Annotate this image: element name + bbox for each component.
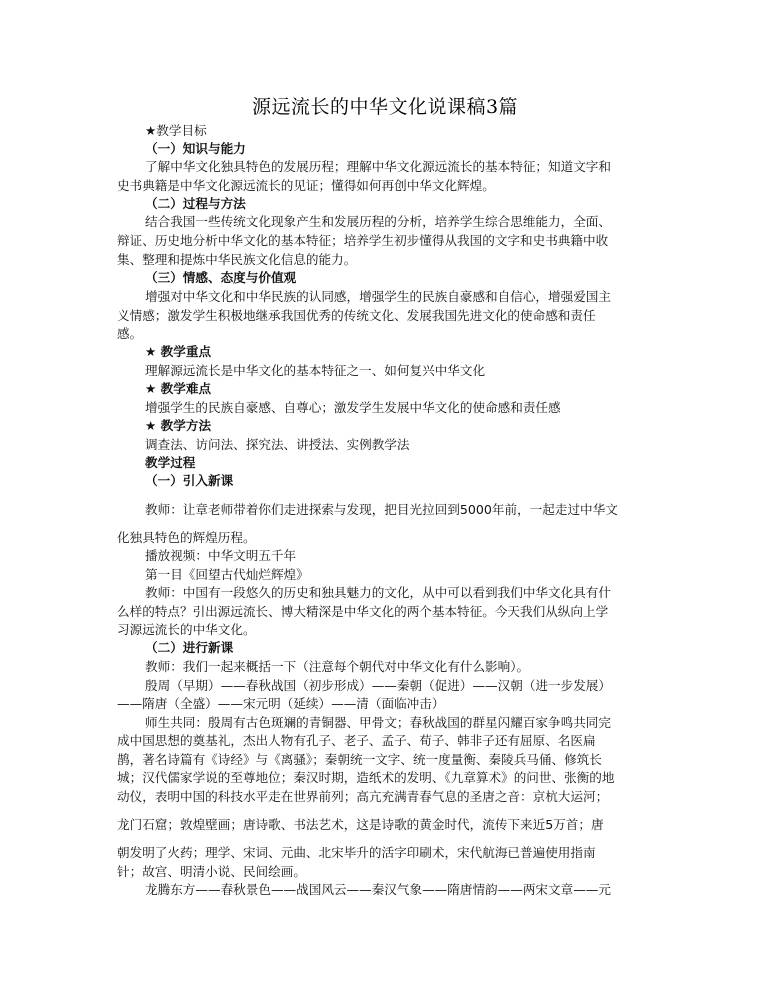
paragraph-line: 鹊，著名诗篇有《诗经》与《离骚》；秦朝统一文字、统一度量衡、秦陵兵马俑、修筑长 <box>117 752 657 768</box>
document-title: 源远流长的中华文化说课稿3篇 <box>0 92 770 119</box>
paragraph-line: 播放视频：中华文明五千年 <box>145 548 685 564</box>
section-heading: ★ 教学难点 <box>145 381 685 397</box>
paragraph-line: 龙腾东方——春秋景色——战国风云——秦汉气象——隋唐情韵——两宋文章——元 <box>145 882 685 898</box>
paragraph-line: 动仪，表明中国的科技水平走在世界前列；高亢充满青春气息的圣唐之音：京杭大运河； <box>117 789 657 805</box>
section-heading: （二）进行新课 <box>145 640 685 656</box>
paragraph-line: 增强对中华文化和中华民族的认同感，增强学生的民族自豪感和自信心，增强爱国主 <box>145 289 685 305</box>
paragraph-line: 义情感；激发学生积极地继承我国优秀的传统文化、发展我国先进文化的使命感和责任 <box>117 308 657 324</box>
paragraph-line: 么样的特点？引出源远流长、博大精深是中华文化的两个基本特征。今天我们从纵向上学 <box>117 604 657 620</box>
paragraph-line: 结合我国一些传统文化现象产生和发展历程的分析，培养学生综合思维能力，全面、 <box>145 214 685 230</box>
paragraph-line: 城；汉代儒家学说的至尊地位；秦汉时期，造纸术的发明、《九章算术》的问世、张衡的地 <box>117 770 657 786</box>
paragraph-line: 了解中华文化独具特色的发展历程；理解中华文化源远流长的基本特征；知道文字和 <box>145 159 685 175</box>
section-heading: （一）知识与能力 <box>145 141 685 157</box>
section-heading: ★ 教学方法 <box>145 418 685 434</box>
paragraph-line: 增强学生的民族自豪感、自尊心；激发学生发展中华文化的使命感和责任感 <box>145 400 685 416</box>
paragraph-line: 化独具特色的辉煌历程。 <box>117 530 657 546</box>
paragraph-line: 感。 <box>117 326 657 342</box>
section-heading: （一）引入新课 <box>145 473 685 489</box>
paragraph-line: 教师：中国有一段悠久的历史和独具魅力的文化，从中可以看到我们中华文化具有什 <box>145 585 685 601</box>
paragraph-line: 教师：我们一起来概括一下（注意每个朝代对中华文化有什么影响）。 <box>145 659 685 675</box>
section-heading: （三）情感、态度与价值观 <box>145 270 685 286</box>
paragraph-line: ★教学目标 <box>145 123 685 139</box>
paragraph-line: 教师：让章老师带着你们走进探索与发现，把目光拉回到5000年前，一起走过中华文 <box>145 502 685 518</box>
paragraph-line: 集、整理和提炼中华民族文化信息的能力。 <box>117 252 657 268</box>
paragraph-line: 龙门石窟；敦煌壁画；唐诗歌、书法艺术，这是诗歌的黄金时代，流传下来近5万首；唐 <box>117 817 657 833</box>
paragraph-line: 师生共同：殷周有古色斑斓的青铜器、甲骨文；春秋战国的群星闪耀百家争鸣共同完 <box>145 715 685 731</box>
section-heading: 教学过程 <box>145 455 685 471</box>
paragraph-line: 朝发明了火药；理学、宋词、元曲、北宋毕升的活字印刷术，宋代航海已普遍使用指南 <box>117 845 657 861</box>
section-heading: ★ 教学重点 <box>145 344 685 360</box>
paragraph-line: 辩证、历史地分析中华文化的基本特征；培养学生初步懂得从我国的文字和史书典籍中收 <box>117 233 657 249</box>
paragraph-line: 史书典籍是中华文化源远流长的见证；懂得如何再创中华文化辉煌。 <box>117 178 657 194</box>
paragraph-line: 针；故宫、明清小说、民间绘画。 <box>117 864 657 880</box>
paragraph-line: 理解源远流长是中华文化的基本特征之一、如何复兴中华文化 <box>145 363 685 379</box>
paragraph-line: 成中国思想的奠基礼，杰出人物有孔子、老子、孟子、荀子、韩非子还有屈原、名医扁 <box>117 733 657 749</box>
document-page: 源远流长的中华文化说课稿3篇 ★教学目标（一）知识与能力了解中华文化独具特色的发… <box>0 0 770 1000</box>
paragraph-line: 殷周（早期）——春秋战国（初步形成）——秦朝（促进）——汉朝（进一步发展） <box>145 678 685 694</box>
section-heading: （二）过程与方法 <box>145 196 685 212</box>
paragraph-line: 习源远流长的中华文化。 <box>117 622 657 638</box>
paragraph-line: ——隋唐（全盛）——宋元明（延续）——清（面临冲击） <box>117 696 657 712</box>
paragraph-line: 调查法、访问法、探究法、讲授法、实例教学法 <box>145 437 685 453</box>
paragraph-line: 第一目《回望古代灿烂辉煌》 <box>145 567 685 583</box>
